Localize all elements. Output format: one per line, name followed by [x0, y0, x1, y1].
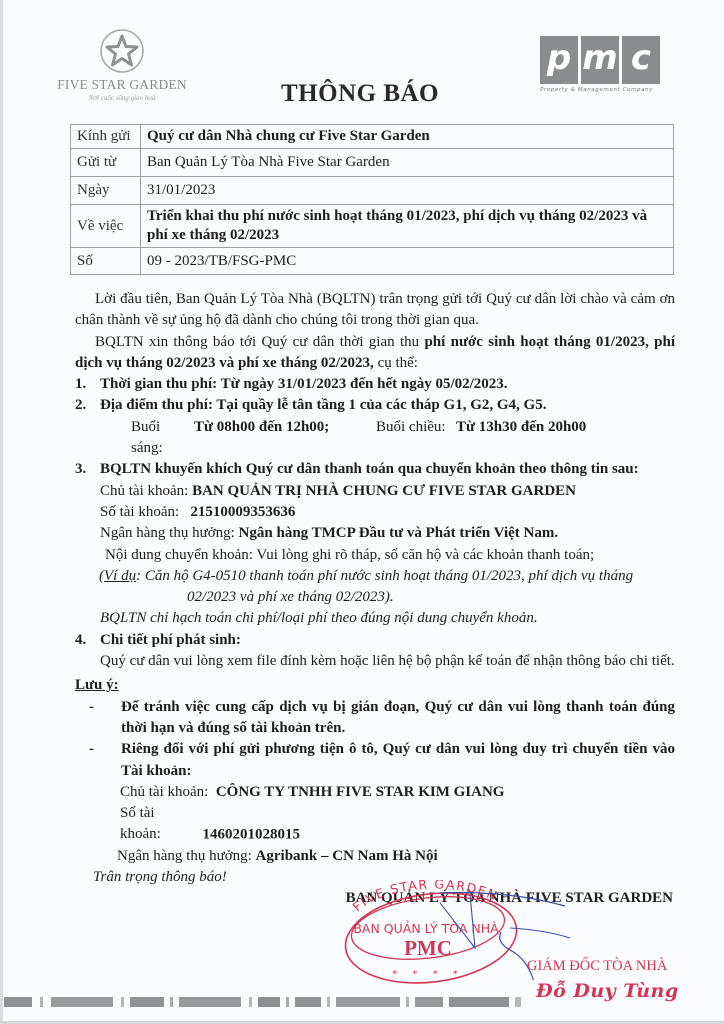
item-fee-details: 4.Chi tiết phí phát sinh: — [75, 630, 675, 651]
subject-value: Triển khai thu phí nước sinh hoạt tháng … — [141, 205, 674, 248]
accounting-note: BQLTN chỉ hạch toán chi phí/loại phí the… — [75, 608, 675, 629]
director-name: Đỗ Duy Tùng — [536, 980, 679, 1002]
beneficiary-bank: Ngân hàng thụ hưởng: Ngân hàng TMCP Đầu … — [75, 523, 675, 544]
car-account-number: Số tài khoản: 1460201028015 — [75, 803, 675, 846]
car-account-holder: Chủ tài khoản: CÔNG TY TNHH FIVE STAR KI… — [75, 782, 675, 803]
table-row: Ngày 31/01/2023 — [71, 177, 674, 205]
info-table: Kính gửi Quý cư dân Nhà chung cư Five St… — [70, 124, 674, 275]
transfer-content: Nội dung chuyển khoản: Vui lòng ghi rõ t… — [75, 545, 675, 566]
star-in-circle-icon — [99, 28, 145, 74]
item-bank-transfer: 3.BQLTN khuyến khích Quý cư dân thanh to… — [75, 459, 675, 480]
row-label: Về việc — [71, 205, 141, 248]
table-row: Gửi từ Ban Quản Lý Tòa Nhà Five Star Gar… — [71, 149, 674, 177]
reference-number-value: 09 - 2023/TB/FSG-PMC — [141, 248, 674, 275]
scan-artifact-bar — [4, 997, 521, 1007]
pmc-subtitle: Property & Management Company — [540, 87, 660, 93]
note-item: -Để tránh việc cung cấp dịch vụ bị gián … — [75, 697, 675, 740]
intro-paragraph: Lời đầu tiên, Ban Quản Lý Tòa Nhà (BQLTN… — [75, 289, 675, 332]
table-row: Kính gửi Quý cư dân Nhà chung cư Five St… — [71, 125, 674, 149]
table-row: Về việc Triển khai thu phí nước sinh hoạ… — [71, 205, 674, 248]
collection-hours: Buổi sáng: Từ 08h00 đến 12h00; Buổi chiề… — [75, 417, 675, 460]
item-collection-location: 2.Địa điểm thu phí: Tại quầy lễ tân tầng… — [75, 395, 675, 416]
pmc-letter-p: p — [540, 36, 578, 84]
fee-details-text: Quý cư dân vui lòng xem file đính kèm ho… — [75, 651, 675, 672]
announcement-paragraph: BQLTN xin thông báo tới Quý cư dân thời … — [75, 332, 675, 375]
row-label: Số — [71, 248, 141, 275]
row-label: Gửi từ — [71, 149, 141, 177]
item-collection-time: 1.Thời gian thu phí: Từ ngày 31/01/2023 … — [75, 374, 675, 395]
sender-value: Ban Quản Lý Tòa Nhà Five Star Garden — [141, 149, 674, 177]
account-number: Số tài khoản: 21510009353636 — [75, 502, 675, 523]
notice-body: Lời đầu tiên, Ban Quản Lý Tòa Nhà (BQLTN… — [75, 289, 675, 910]
notes-heading: Lưu ý: — [75, 675, 675, 696]
director-title: GIÁM ĐỐC TÒA NHÀ — [527, 958, 667, 975]
pmc-logo: p m c Property & Management Company — [540, 36, 660, 93]
page-left-edge — [0, 0, 3, 1024]
transfer-example: (Ví dụ: Căn hộ G4-0510 thanh toán phí nư… — [75, 566, 675, 609]
row-label: Ngày — [71, 177, 141, 205]
pmc-letter-m: m — [581, 36, 619, 84]
pmc-letter-c: c — [622, 36, 660, 84]
row-label: Kính gửi — [71, 125, 141, 149]
car-account-bank: Ngân hàng thụ hưởng: Agribank – CN Nam H… — [75, 846, 675, 867]
recipient-value: Quý cư dân Nhà chung cư Five Star Garden — [141, 125, 674, 149]
table-row: Số 09 - 2023/TB/FSG-PMC — [71, 248, 674, 275]
note-item: -Riêng đối với phí gửi phương tiện ô tô,… — [75, 739, 675, 782]
date-value: 31/01/2023 — [141, 177, 674, 205]
account-holder: Chủ tài khoản: BAN QUẢN TRỊ NHÀ CHUNG CƯ… — [75, 481, 675, 502]
